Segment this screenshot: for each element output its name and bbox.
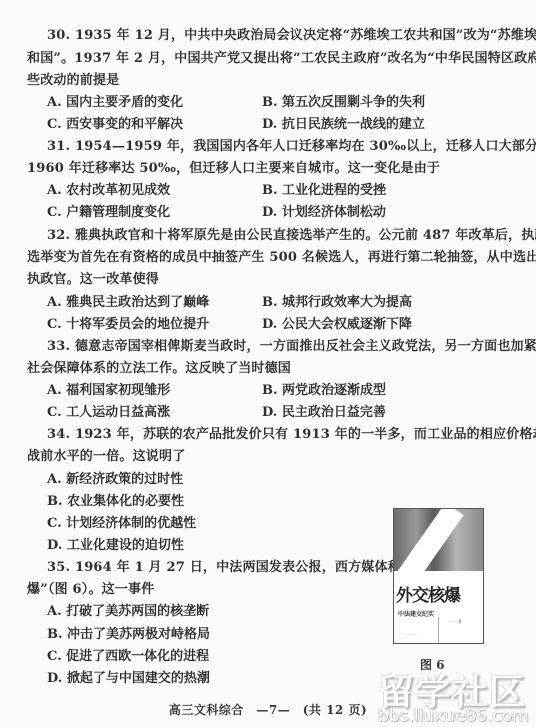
question-33-option-d: D. 民主政治日益完善 [262,405,386,421]
question-32-option-a: A. 雅典民主政治达到了巅峰 [47,295,209,311]
question-35-option-c: C. 促进了西欧一体化的进程 [47,649,209,665]
question-31-option-b: B. 工业化进程的受挫 [262,183,386,199]
question-32-line-2: 选举变为首先在有资格的成员中抽签产生 500 名候选人，再进行第二轮抽签，从中选… [27,250,487,266]
question-30-option-b: B. 第五次反围剿斗争的失利 [262,95,425,111]
question-30-line-2: 和国”。1937 年 2 月，中国共产党又提出将“工农民主政府”改名为“中华民国… [27,51,487,67]
question-32-line-1: 32. 雅典执政官和十将军原先是由公民直接选举产生的。公元前 487 年改革后，… [47,228,507,244]
question-35-option-a: A. 打破了美苏两国的核垄断 [47,604,209,620]
question-32-option-c: C. 十将军委员会的地位提升 [47,317,209,333]
figure-6-book-cover: 外交核爆 中法建交纪实 ·······著 ·········· [393,508,484,644]
question-32-line-3: 执政官。这一改革使得 [27,272,487,288]
book-cover-divider [438,617,439,643]
question-31-line-2: 1960 年迁移率达 50‰，但迁移人口主要来自城市。这一变化是由于 [27,161,487,177]
question-31-option-a: A. 农村改革初见成效 [47,183,170,199]
question-34-option-a: A. 新经济政策的过时性 [47,472,183,488]
question-34-line-1: 34. 1923 年，苏联的农产品批发价只有 1913 年的一半多，而工业品的相… [47,427,507,443]
question-34-option-d: D. 工业化建设的迫切性 [47,538,184,554]
book-publisher: ·········· [404,632,417,637]
question-31-option-c: C. 户籍管理制度变化 [47,205,170,221]
exam-page: 30. 1935 年 12 月，中共中央政治局会议决定将“苏维埃工农共和国”改为… [0,0,536,727]
question-34-option-b: B. 农业集体化的必要性 [47,494,184,510]
question-33-line-2: 社会保障体系的立法工作。这反映了当时德国 [27,361,487,377]
question-33-line-1: 33. 德意志帝国宰相俾斯麦当政时，一方面推出反社会主义政党法，另一方面也加紧建… [47,339,507,355]
question-35-option-b: B. 冲击了美苏两极对峙格局 [47,627,210,643]
question-30-option-a: A. 国内主要矛盾的变化 [47,95,183,111]
question-32-option-d: D. 公民大会权威逐渐下降 [262,317,412,333]
question-32-option-b: B. 城邦行政效率大为提高 [262,295,412,311]
question-30-option-c: C. 西安事变的和平解决 [47,117,183,133]
book-subtitle: 中法建交纪实 [398,609,434,618]
question-30-line-3: 些改动的前提是 [27,73,487,89]
watermark-url: bbs.liuxue86.com [378,706,529,726]
question-31-line-1: 31. 1954—1959 年，我国国内各年人口迁移率均在 30‰以上，迁移人口… [47,139,507,155]
question-33-option-c: C. 工人运动日益高涨 [47,405,170,421]
watermark: 留学社区 bbs.liuxue86.com [376,668,536,727]
question-31-option-d: D. 计划经济体制松动 [262,205,386,221]
book-title: 外交核爆 [396,581,460,606]
book-author: ·······著 [449,619,462,625]
question-35-option-d: D. 掀起了与中国建交的热潮 [47,671,210,687]
question-34-line-2: 战前水平的一倍。这说明了 [27,449,487,465]
question-33-option-b: B. 两党政治逐渐成型 [262,383,386,399]
question-30-option-d: D. 抗日民族统一战线的建立 [262,117,425,133]
question-34-option-c: C. 计划经济体制的优越性 [47,516,196,532]
question-33-option-a: A. 福利国家初现雏形 [47,383,170,399]
question-30-line-1: 30. 1935 年 12 月，中共中央政治局会议决定将“苏维埃工农共和国”改为… [47,28,507,44]
